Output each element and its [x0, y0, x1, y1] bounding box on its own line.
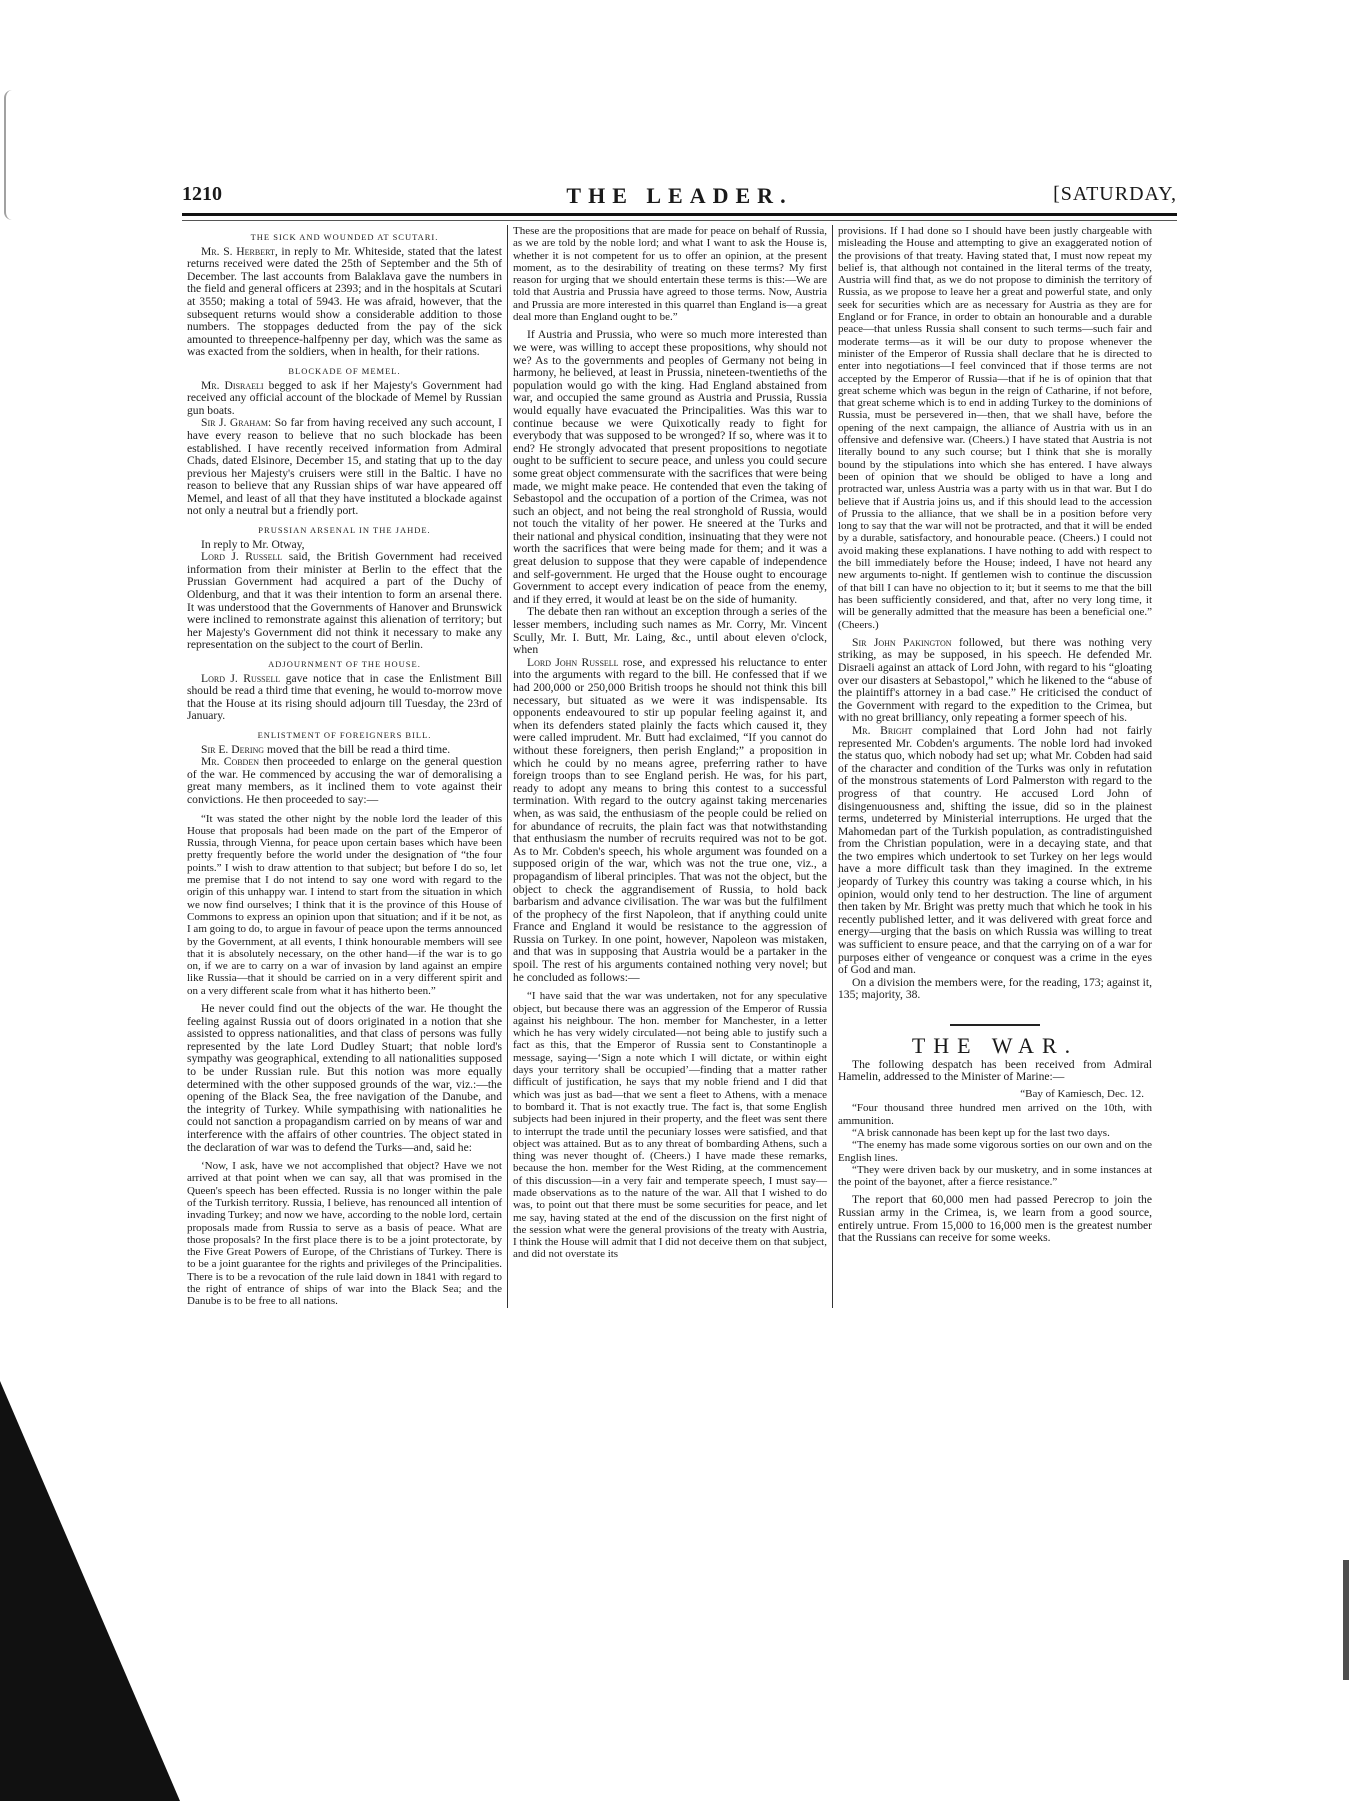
scan-edge-mark [1343, 1560, 1349, 1680]
paragraph: The debate then ran without an exception… [513, 606, 827, 656]
binding-edge [0, 0, 40, 1801]
section-heading: PRUSSIAN ARSENAL IN THE JAHDE. [187, 524, 502, 537]
newspaper-page: 1210 THE LEADER. [SATURDAY, THE SICK AND… [182, 183, 1177, 1308]
paragraph: Lord J. Russell gave notice that in case… [187, 673, 502, 723]
binding-mark [4, 90, 24, 220]
quotation: “Four thousand three hundred men arrived… [838, 1102, 1152, 1127]
masthead-rule [182, 213, 1177, 221]
paragraph: Lord John Russell rose, and expressed hi… [513, 657, 827, 984]
paragraph: Lord J. Russell said, the British Govern… [187, 551, 502, 652]
paragraph: The report that 60,000 men had passed Pe… [838, 1194, 1152, 1244]
section-heading: ADJOURNMENT OF THE HOUSE. [187, 658, 502, 671]
section-title-the-war: THE WAR. [838, 1040, 1152, 1053]
paragraph: Mr. Bright complained that Lord John had… [838, 725, 1152, 977]
paragraph: Mr. Disraeli begged to ask if her Majest… [187, 380, 502, 418]
quotation: These are the propositions that are made… [513, 225, 827, 323]
section-heading: THE SICK AND WOUNDED AT SCUTARI. [187, 231, 502, 244]
section-heading: BLOCKADE OF MEMEL. [187, 365, 502, 378]
quotation: “They were driven back by our musketry, … [838, 1164, 1152, 1189]
paragraph: If Austria and Prussia, who were so much… [513, 329, 827, 606]
section-heading: ENLISTMENT OF FOREIGNERS BILL. [187, 729, 502, 742]
issue-day: [SATURDAY, [1053, 183, 1177, 206]
paragraph: Mr. S. Herbert, in reply to Mr. Whitesid… [187, 246, 502, 359]
paragraph: Sir J. Graham: So far from having receiv… [187, 417, 502, 518]
quotation: ‘Now, I ask, have we not accomplished th… [187, 1160, 502, 1308]
paragraph: On a division the members were, for the … [838, 977, 1152, 1002]
quotation: “It was stated the other night by the no… [187, 813, 502, 997]
scan-shadow [0, 1381, 180, 1801]
paragraph: The following despatch has been received… [838, 1059, 1152, 1084]
quotation: “The enemy has made some vigorous sortie… [838, 1139, 1152, 1164]
quotation: provisions. If I had done so I should ha… [838, 225, 1152, 631]
column-1: THE SICK AND WOUNDED AT SCUTARI. Mr. S. … [182, 225, 507, 1308]
paragraph: Mr. Cobden then proceeded to enlarge on … [187, 756, 502, 806]
column-3: provisions. If I had done so I should ha… [832, 225, 1157, 1308]
quotation: “I have said that the war was undertaken… [513, 990, 827, 1261]
newspaper-title: THE LEADER. [182, 183, 1177, 209]
article-columns: THE SICK AND WOUNDED AT SCUTARI. Mr. S. … [182, 225, 1177, 1308]
dateline: “Bay of Kamiesch, Dec. 12. [838, 1088, 1144, 1101]
column-2: These are the propositions that are made… [507, 225, 832, 1308]
paragraph: Sir John Pakington followed, but there w… [838, 637, 1152, 725]
masthead: 1210 THE LEADER. [SATURDAY, [182, 183, 1177, 213]
quotation: “A brisk cannonade has been kept up for … [838, 1127, 1152, 1139]
paragraph: He never could find out the objects of t… [187, 1003, 502, 1154]
section-divider [950, 1024, 1040, 1026]
